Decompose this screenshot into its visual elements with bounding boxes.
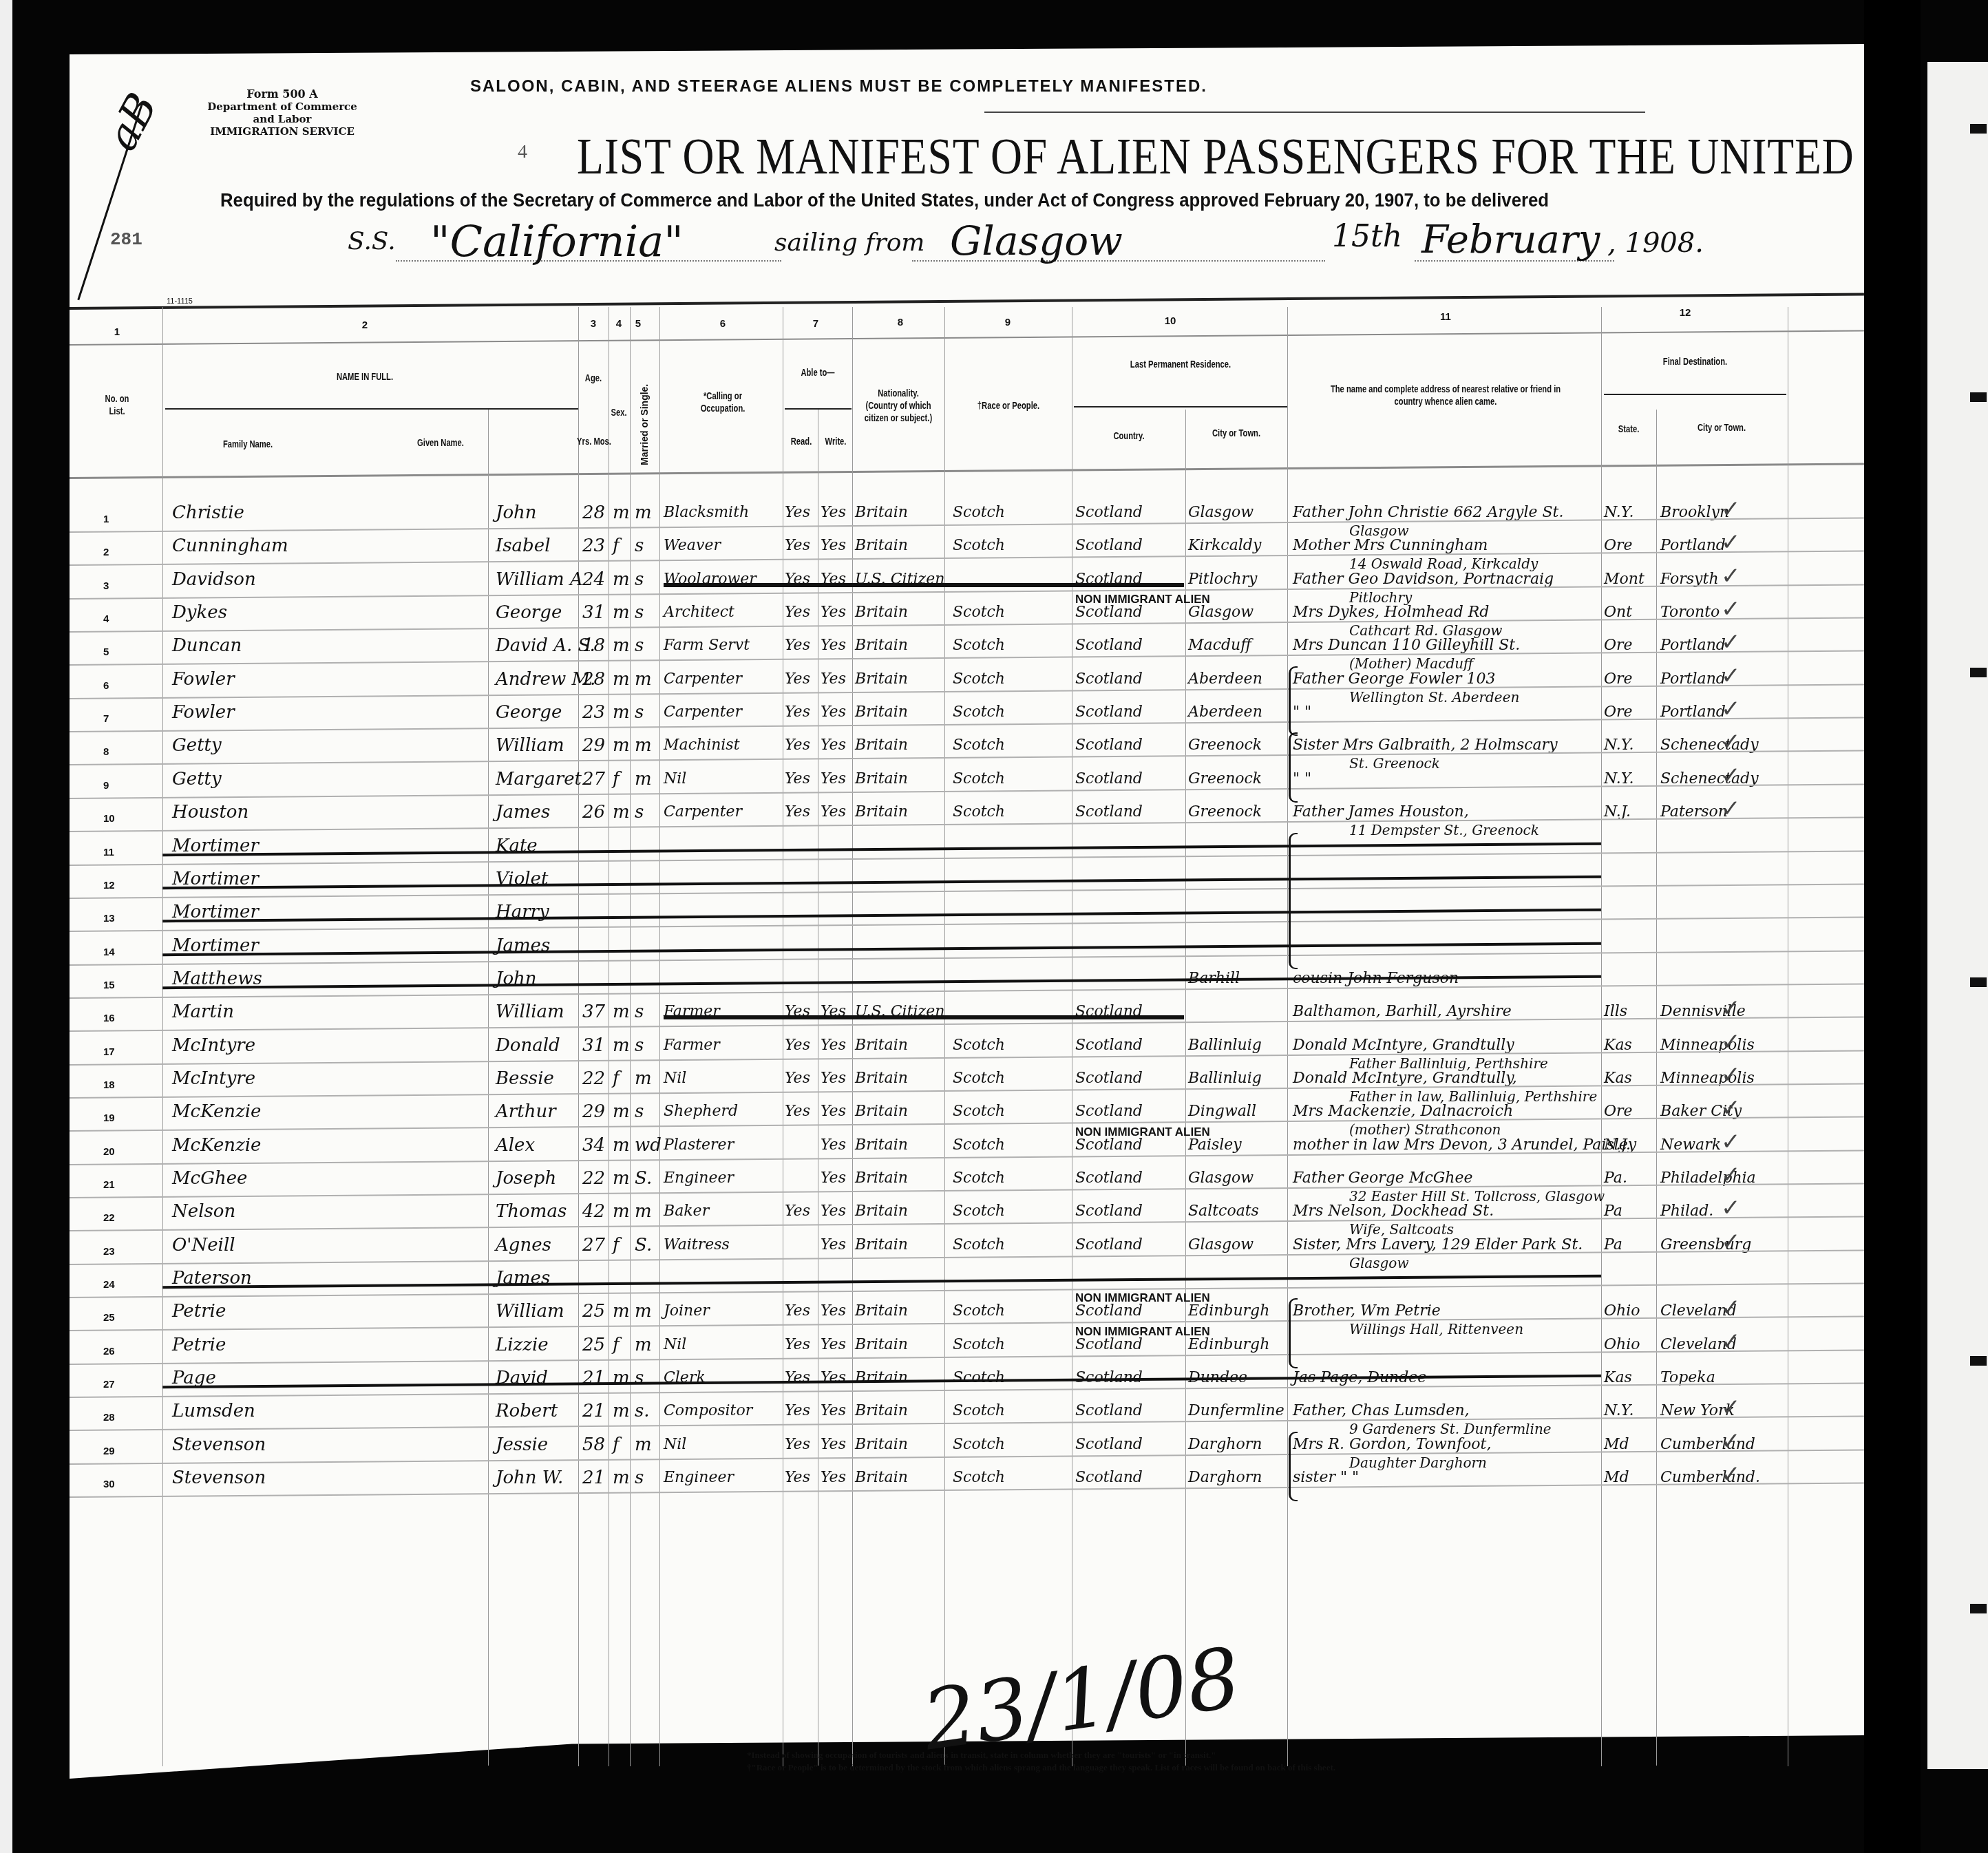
occupation: Farm Servt [664, 635, 750, 656]
family-name: Nelson [172, 1201, 235, 1222]
given-name: David A. S. [496, 635, 595, 656]
ship-name: "California" [430, 216, 684, 266]
table-row: 17McIntyreDonald31msFarmerYesYesBritainS… [70, 1033, 1864, 1066]
adjacent-page-mark [1970, 977, 1987, 987]
family-name: Christie [172, 502, 244, 523]
given-name: William [496, 1002, 564, 1022]
row-number: 1 [103, 509, 109, 530]
sex: m [613, 735, 630, 756]
nationality: Britain [855, 1235, 908, 1256]
destination-city: Philad. [1660, 1201, 1713, 1222]
table-row: 24PatersonJames [70, 1265, 1864, 1298]
can-write: Yes [821, 1434, 846, 1455]
header-state: State. [1607, 423, 1651, 435]
row-number: 26 [103, 1342, 115, 1362]
table-row: 29StevensonJessie58fmNilYesYesBritainSco… [70, 1432, 1864, 1465]
can-read: Yes [785, 1101, 810, 1122]
occupation: Machinist [664, 735, 740, 756]
can-read: Yes [785, 802, 810, 823]
race-people: Scotch [953, 802, 1005, 823]
given-name: Alex [496, 1135, 535, 1156]
race-people: Scotch [953, 635, 1005, 656]
family-name: Petrie [172, 1335, 226, 1355]
family-name: Petrie [172, 1301, 226, 1322]
family-name: Davidson [172, 569, 256, 590]
adjacent-page-mark [1970, 668, 1987, 677]
race-people: Scotch [953, 1401, 1005, 1421]
can-read: Yes [785, 702, 810, 723]
nationality: Britain [855, 1068, 908, 1089]
header-country: Country. [1085, 430, 1173, 442]
residence-city: Macduff [1188, 635, 1251, 656]
row-number: 3 [103, 576, 109, 597]
age: 21 [582, 1401, 605, 1421]
column-number-7: 7 [802, 318, 829, 330]
can-write: Yes [821, 702, 846, 723]
family-name: Cunningham [172, 536, 288, 556]
occupation: Baker [664, 1201, 709, 1222]
given-name: Donald [496, 1035, 560, 1056]
header-nearest-relative: The name and complete address of nearest… [1324, 383, 1567, 407]
table-row: 30StevensonJohn W.21msEngineerYesYesBrit… [70, 1465, 1864, 1498]
row-number: 23 [103, 1242, 115, 1262]
column-number-5: 5 [628, 318, 648, 330]
table-row: 9GettyMargaret27fmNilYesYesBritainScotch… [70, 766, 1864, 799]
marital-status: m [635, 769, 652, 790]
residence-country: Scotland [1075, 536, 1143, 556]
column-number-6: 6 [709, 318, 737, 330]
nationality: Britain [855, 502, 908, 523]
row-number: 4 [103, 609, 109, 630]
table-row: 10HoustonJames26msCarpenterYesYesBritain… [70, 799, 1864, 832]
header-given-name: Given Name. [396, 436, 485, 449]
table-row: 27PageDavid21msClerkYesYesBritainScotchS… [70, 1365, 1864, 1398]
residence-city: Greenock [1188, 802, 1262, 823]
occupation: Blacksmith [664, 502, 749, 523]
header-read: Read. [785, 435, 818, 447]
occupation: Farmer [664, 1035, 720, 1056]
can-read: Yes [785, 1201, 810, 1222]
row-number: 27 [103, 1375, 115, 1395]
occupation: Engineer [664, 1468, 734, 1488]
row-number: 8 [103, 742, 109, 763]
header-yrs-mos: Yrs. Mos. [575, 435, 613, 447]
table-row: 19McKenzieArthur29msShepherdYesYesBritai… [70, 1099, 1864, 1132]
residence-country: Scotland [1075, 635, 1143, 656]
family-name: Stevenson [172, 1468, 266, 1488]
adjacent-page-mark [1970, 1604, 1987, 1613]
family-name: McKenzie [172, 1135, 261, 1156]
can-read: Yes [785, 1301, 810, 1322]
age: 31 [582, 1035, 605, 1056]
occupation: Carpenter [664, 802, 742, 823]
residence-country: Scotland [1075, 735, 1143, 756]
sex: m [613, 1368, 630, 1388]
header-destination-city: City or Town. [1669, 421, 1774, 434]
given-name: Robert [496, 1401, 558, 1421]
marital-status: m [635, 1201, 652, 1222]
warning-rule [984, 112, 1645, 113]
row-number: 2 [103, 542, 109, 563]
residence-city: Darghorn [1188, 1468, 1262, 1488]
can-write: Yes [821, 502, 846, 523]
can-read: Yes [785, 735, 810, 756]
marital-status: S. [635, 1168, 652, 1189]
sex: f [613, 769, 620, 790]
age: 42 [582, 1201, 605, 1222]
race-people: Scotch [953, 536, 1005, 556]
sex: m [613, 1101, 630, 1122]
can-read: Yes [785, 1468, 810, 1488]
marital-status: s [635, 569, 644, 590]
race-people: Scotch [953, 1135, 1005, 1156]
occupation: Clerk [664, 1368, 706, 1388]
age: 25 [582, 1335, 605, 1355]
row-number: 18 [103, 1075, 115, 1096]
given-name: Bessie [496, 1068, 554, 1089]
occupation: Nil [664, 1335, 686, 1355]
given-name: Agnes [496, 1235, 551, 1256]
margin-stamp-number: 281 [110, 229, 142, 250]
sex: m [613, 802, 630, 823]
occupation: Nil [664, 1068, 686, 1089]
marital-status: wd [635, 1135, 662, 1156]
marital-status: S. [635, 1235, 652, 1256]
table-row: 23O'NeillAgnes27fS.WaitressYesBritainSco… [70, 1232, 1864, 1265]
can-write: Yes [821, 1035, 846, 1056]
family-name: Houston [172, 802, 248, 823]
departure-port: Glasgow [950, 218, 1123, 264]
marital-status: s [635, 702, 644, 723]
occupation: Carpenter [664, 669, 742, 690]
row-number: 10 [103, 809, 115, 829]
can-read: Yes [785, 536, 810, 556]
can-read: Yes [785, 602, 810, 623]
marital-status: s [635, 1101, 644, 1122]
sex: m [613, 602, 630, 623]
sailing-from-label: sailing from [774, 229, 925, 257]
given-name: Lizzie [496, 1335, 549, 1355]
row-number: 28 [103, 1408, 115, 1428]
table-row: 12MortimerViolet [70, 866, 1864, 899]
residence-country: Scotland [1075, 1101, 1143, 1122]
race-people: Scotch [953, 602, 1005, 623]
occupation: Waitress [664, 1235, 730, 1256]
table-row: 18McIntyreBessie22fmNilYesYesBritainScot… [70, 1066, 1864, 1099]
table-row: 15MatthewsJohnBarhillcousin John Ferguso… [70, 966, 1864, 999]
race-people: Scotch [953, 1468, 1005, 1488]
footnote-race: †"Race or People" is to be determined by… [747, 1762, 1335, 1773]
nationality: Britain [855, 1434, 908, 1455]
table-row: 13MortimerHarry [70, 899, 1864, 932]
given-name: Thomas [496, 1201, 567, 1222]
table-row: 14MortimerJames [70, 933, 1864, 966]
race-people: Scotch [953, 1368, 1005, 1388]
nationality: Britain [855, 1135, 908, 1156]
header-nationality: Nationality. (Country of which citizen o… [863, 387, 934, 424]
sex: m [613, 635, 630, 656]
residence-country: Scotland [1075, 1401, 1143, 1421]
relative-group-bracket [1289, 666, 1298, 736]
row-number: 21 [103, 1175, 115, 1196]
table-row: 20McKenzieAlex34mwdPlastererYesBritainSc… [70, 1132, 1864, 1165]
occupation: Carpenter [664, 702, 742, 723]
table-row: 25PetrieWilliam25mmJoinerYesYesBritainSc… [70, 1298, 1864, 1331]
marital-status: s [635, 1468, 644, 1488]
occupation: Plasterer [664, 1135, 734, 1156]
nearest-relative: sister " " [1293, 1468, 1359, 1488]
sex: m [613, 702, 630, 723]
race-people: Scotch [953, 1168, 1005, 1189]
sex: f [613, 1235, 620, 1256]
sex: m [613, 1168, 630, 1189]
residence-city: Aberdeen [1188, 669, 1262, 690]
age: 21 [582, 1368, 605, 1388]
sex: m [613, 502, 630, 523]
given-name: Margaret [496, 769, 582, 790]
table-row: 21McGheeJoseph22mS.EngineerYesBritainSco… [70, 1165, 1864, 1198]
can-read: Yes [785, 1035, 810, 1056]
destination-subheader-rule [1604, 394, 1786, 395]
race-people: Scotch [953, 1035, 1005, 1056]
age: 21 [582, 1468, 605, 1488]
occupation: Joiner [664, 1301, 710, 1322]
marital-status: s [635, 802, 644, 823]
marital-status: s [635, 635, 644, 656]
occupation: Weaver [664, 536, 721, 556]
table-row: 26PetrieLizzie25fmNilYesYesBritainScotch… [70, 1332, 1864, 1365]
age: 28 [582, 669, 605, 690]
table-row: 11MortimerKate [70, 833, 1864, 866]
residence-country: Scotland [1075, 1468, 1143, 1488]
race-people: Scotch [953, 735, 1005, 756]
column-number-10: 10 [1156, 315, 1184, 327]
row-number: 20 [103, 1142, 115, 1163]
non-immigrant-stamp: NON IMMIGRANT ALIEN [1075, 1291, 1210, 1305]
name-subheader-rule [165, 408, 578, 410]
family-name: O'Neill [172, 1235, 235, 1256]
age: 23 [582, 536, 605, 556]
sailing-day: 15th [1332, 219, 1402, 254]
age: 26 [582, 802, 605, 823]
nationality: Britain [855, 735, 908, 756]
race-people: Scotch [953, 1201, 1005, 1222]
can-read: Yes [785, 1401, 810, 1421]
family-name: Stevenson [172, 1434, 266, 1455]
residence-city: Pitlochry [1188, 569, 1257, 590]
marital-status: m [635, 1434, 652, 1455]
age: 28 [582, 502, 605, 523]
family-name: Getty [172, 769, 222, 790]
footnote-occupation: *Instead of showing occupation of touris… [747, 1750, 1216, 1761]
family-name: Duncan [172, 635, 242, 656]
nationality: Britain [855, 669, 908, 690]
service-name: IMMIGRATION SERVICE [200, 125, 365, 138]
race-people: Scotch [953, 1301, 1005, 1322]
adjacent-page-mark [1970, 1356, 1987, 1366]
can-read: Yes [785, 1434, 810, 1455]
can-read: Yes [785, 502, 810, 523]
race-people: Scotch [953, 769, 1005, 790]
department-name: Department of Commerce and Labor [200, 100, 365, 125]
column-number-1: 1 [96, 326, 138, 338]
row-number: 30 [103, 1474, 115, 1495]
family-name: Dykes [172, 602, 227, 623]
table-row: 8GettyWilliam29mmMachinistYesYesBritainS… [70, 732, 1864, 765]
marital-status: m [635, 1301, 652, 1322]
header-write: Write. [819, 435, 852, 447]
sex: m [613, 1035, 630, 1056]
requirement-text: Required by the regulations of the Secre… [220, 189, 1549, 211]
adjacent-page-mark [1970, 392, 1987, 402]
header-residence-city: City or Town. [1196, 427, 1277, 439]
partial-strikethrough [664, 1015, 1184, 1019]
occupation: Compositor [664, 1401, 752, 1421]
residence-country: Scotland [1075, 1235, 1143, 1256]
nationality: Britain [855, 1101, 908, 1122]
row-number: 15 [103, 975, 115, 996]
can-read: Yes [785, 769, 810, 790]
header-race-people: †Race or People. [962, 399, 1055, 412]
nationality: Britain [855, 1468, 908, 1488]
residence-city: Kirkcaldy [1188, 536, 1261, 556]
family-name: McIntyre [172, 1035, 255, 1056]
header-no-on-list: No. on List. [101, 392, 134, 417]
race-people: Scotch [953, 1235, 1005, 1256]
nationality: Britain [855, 1401, 908, 1421]
header-able-to: Able to— [792, 366, 845, 379]
sex: m [613, 1301, 630, 1322]
marital-status: s [635, 602, 644, 623]
nationality: Britain [855, 1335, 908, 1355]
can-write: Yes [821, 1101, 846, 1122]
given-name: George [496, 602, 562, 623]
age: 37 [582, 1002, 605, 1022]
table-row: 7FowlerGeorge23msCarpenterYesYesBritainS… [70, 699, 1864, 732]
column-number-12: 12 [1671, 307, 1699, 319]
sailing-month: February [1421, 218, 1600, 262]
nationality: Britain [855, 1201, 908, 1222]
marital-status: m [635, 502, 652, 523]
row-number: 11 [103, 843, 114, 863]
residence-city: Glasgow [1188, 502, 1254, 523]
can-write: Yes [821, 769, 846, 790]
residence-city: Dunfermline [1188, 1401, 1284, 1421]
race-people: Scotch [953, 1335, 1005, 1355]
can-read: Yes [785, 1068, 810, 1089]
occupation: Architect [664, 602, 734, 623]
sex: m [613, 1201, 630, 1222]
table-row: 6FowlerAndrew M.28mmCarpenterYesYesBrita… [70, 666, 1864, 699]
residence-country: Scotland [1075, 1201, 1143, 1222]
can-write: Yes [821, 1168, 846, 1189]
nationality: Britain [855, 635, 908, 656]
residence-city: Greenock [1188, 769, 1262, 790]
row-number: 25 [103, 1308, 115, 1328]
nationality: Britain [855, 536, 908, 556]
voyage-line: S.S. "California" sailing from Glasgow 1… [348, 222, 1635, 270]
column-number-9: 9 [994, 317, 1022, 328]
occupation: Shepherd [664, 1101, 738, 1122]
can-write: Yes [821, 635, 846, 656]
nationality: Britain [855, 1035, 908, 1056]
family-name: Fowler [172, 702, 235, 723]
table-row: 5DuncanDavid A. S.18msFarm ServtYesYesBr… [70, 633, 1864, 666]
sex: m [613, 669, 630, 690]
row-number: 22 [103, 1208, 115, 1229]
row-number: 17 [103, 1042, 115, 1063]
marital-status: m [635, 1068, 652, 1089]
residence-country: Scotland [1075, 502, 1143, 523]
family-name: Martin [172, 1002, 234, 1022]
page-mark: 4 [518, 141, 527, 163]
can-write: Yes [821, 1068, 846, 1089]
race-people: Scotch [953, 1101, 1005, 1122]
form-identifier: Form 500 A Department of Commerce and La… [200, 88, 365, 138]
sex: f [613, 1068, 620, 1089]
can-read: Yes [785, 635, 810, 656]
header-final-destination: Final Destination. [1622, 355, 1768, 368]
sex: m [613, 1468, 630, 1488]
row-number: 19 [103, 1108, 115, 1129]
marital-status: m [635, 669, 652, 690]
residence-city: Dingwall [1188, 1101, 1256, 1122]
residence-country: Scotland [1075, 1168, 1143, 1189]
relative-group-bracket [1289, 732, 1298, 802]
age: 29 [582, 735, 605, 756]
race-people: Scotch [953, 1068, 1005, 1089]
row-number: 14 [103, 942, 115, 963]
given-name: Joseph [496, 1168, 556, 1189]
header-sex: Sex. [611, 406, 627, 419]
nationality: Britain [855, 769, 908, 790]
family-name: Getty [172, 735, 222, 756]
age: 25 [582, 1301, 605, 1322]
binding-spine [1864, 0, 1921, 1853]
nationality: Britain [855, 802, 908, 823]
age: 22 [582, 1168, 605, 1189]
residence-country: Scotland [1075, 769, 1143, 790]
residence-country: Scotland [1075, 669, 1143, 690]
occupation: Nil [664, 1434, 686, 1455]
race-people: Scotch [953, 702, 1005, 723]
residence-city: Ballinluig [1188, 1035, 1262, 1056]
sex: m [613, 1135, 630, 1156]
destination-city: Schenectady [1660, 735, 1759, 756]
given-name: Andrew M. [496, 669, 595, 690]
given-name: John W. [496, 1468, 563, 1488]
table-row: 3DavidsonWilliam A24msWoolgrowerYesYesU.… [70, 567, 1864, 600]
partial-strikethrough [664, 583, 1184, 587]
header-married-single: Married or Single. [639, 384, 650, 465]
can-write: Yes [821, 735, 846, 756]
relative-group-bracket [1289, 833, 1298, 970]
page-title: LIST OR MANIFEST OF ALIEN PASSENGERS FOR… [577, 128, 1854, 187]
age: 27 [582, 769, 605, 790]
residence-city: Greenock [1188, 735, 1262, 756]
can-read: Yes [785, 669, 810, 690]
occupation: Nil [664, 769, 686, 790]
race-people: Scotch [953, 669, 1005, 690]
residence-country: Scotland [1075, 1068, 1143, 1089]
column-number-8: 8 [887, 317, 914, 328]
age: 34 [582, 1135, 605, 1156]
row-number: 24 [103, 1275, 115, 1295]
nationality: Britain [855, 702, 908, 723]
row-number: 7 [103, 709, 109, 730]
can-write: Yes [821, 1401, 846, 1421]
column-number-4: 4 [609, 318, 629, 330]
